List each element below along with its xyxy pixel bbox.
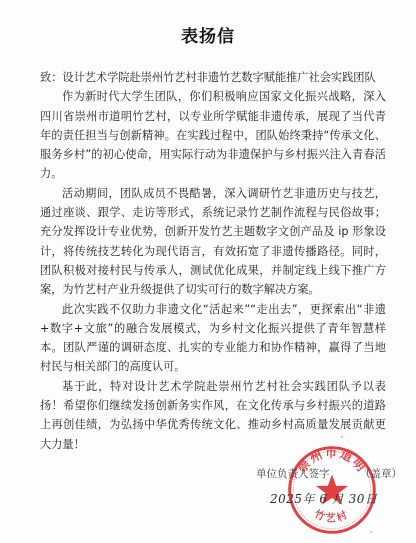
signature-line: 单位负责人签字 （盖章） — [256, 466, 330, 481]
svg-text:竹艺村: 竹艺村 — [312, 507, 351, 525]
signature-label: 单位负责人签字 — [256, 468, 330, 480]
letter-title: 表扬信 — [0, 22, 416, 47]
paragraph-2: 活动期间，团队成员不畏酷暑，深入调研竹艺非遗历史与技艺，通过座谈、跟学、走访等形… — [40, 184, 386, 300]
salutation: 致：设计艺术学院赴崇州竹艺村非遗竹艺数字赋能推广社会实践团队 — [40, 68, 386, 87]
letter-page: 表扬信 致：设计艺术学院赴崇州竹艺村非遗竹艺数字赋能推广社会实践团队 作为新时代… — [0, 0, 416, 543]
seal-note: （盖章） — [360, 466, 402, 481]
paragraph-1: 作为新时代大学生团队，你们积极响应国家文化振兴战略，深入四川省崇州市道明竹艺村，… — [40, 87, 386, 183]
letter-body: 致：设计艺术学院赴崇州竹艺村非遗竹艺数字赋能推广社会实践团队 作为新时代大学生团… — [40, 68, 386, 454]
paragraph-4: 基于此，特对设计艺术学院赴崇州竹艺村社会实践团队予以表扬！希望你们继续发扬创新务… — [40, 377, 386, 454]
handwritten-date: 2025年 6 月 30日 — [270, 490, 377, 507]
scan-speck — [122, 416, 124, 418]
scan-speck — [370, 531, 372, 533]
paragraph-3: 此次实践不仅助力非遗文化“活起来”“走出去”，更探索出“非遗+数字+文旅”的融合… — [40, 300, 386, 377]
scan-speck — [341, 436, 343, 438]
